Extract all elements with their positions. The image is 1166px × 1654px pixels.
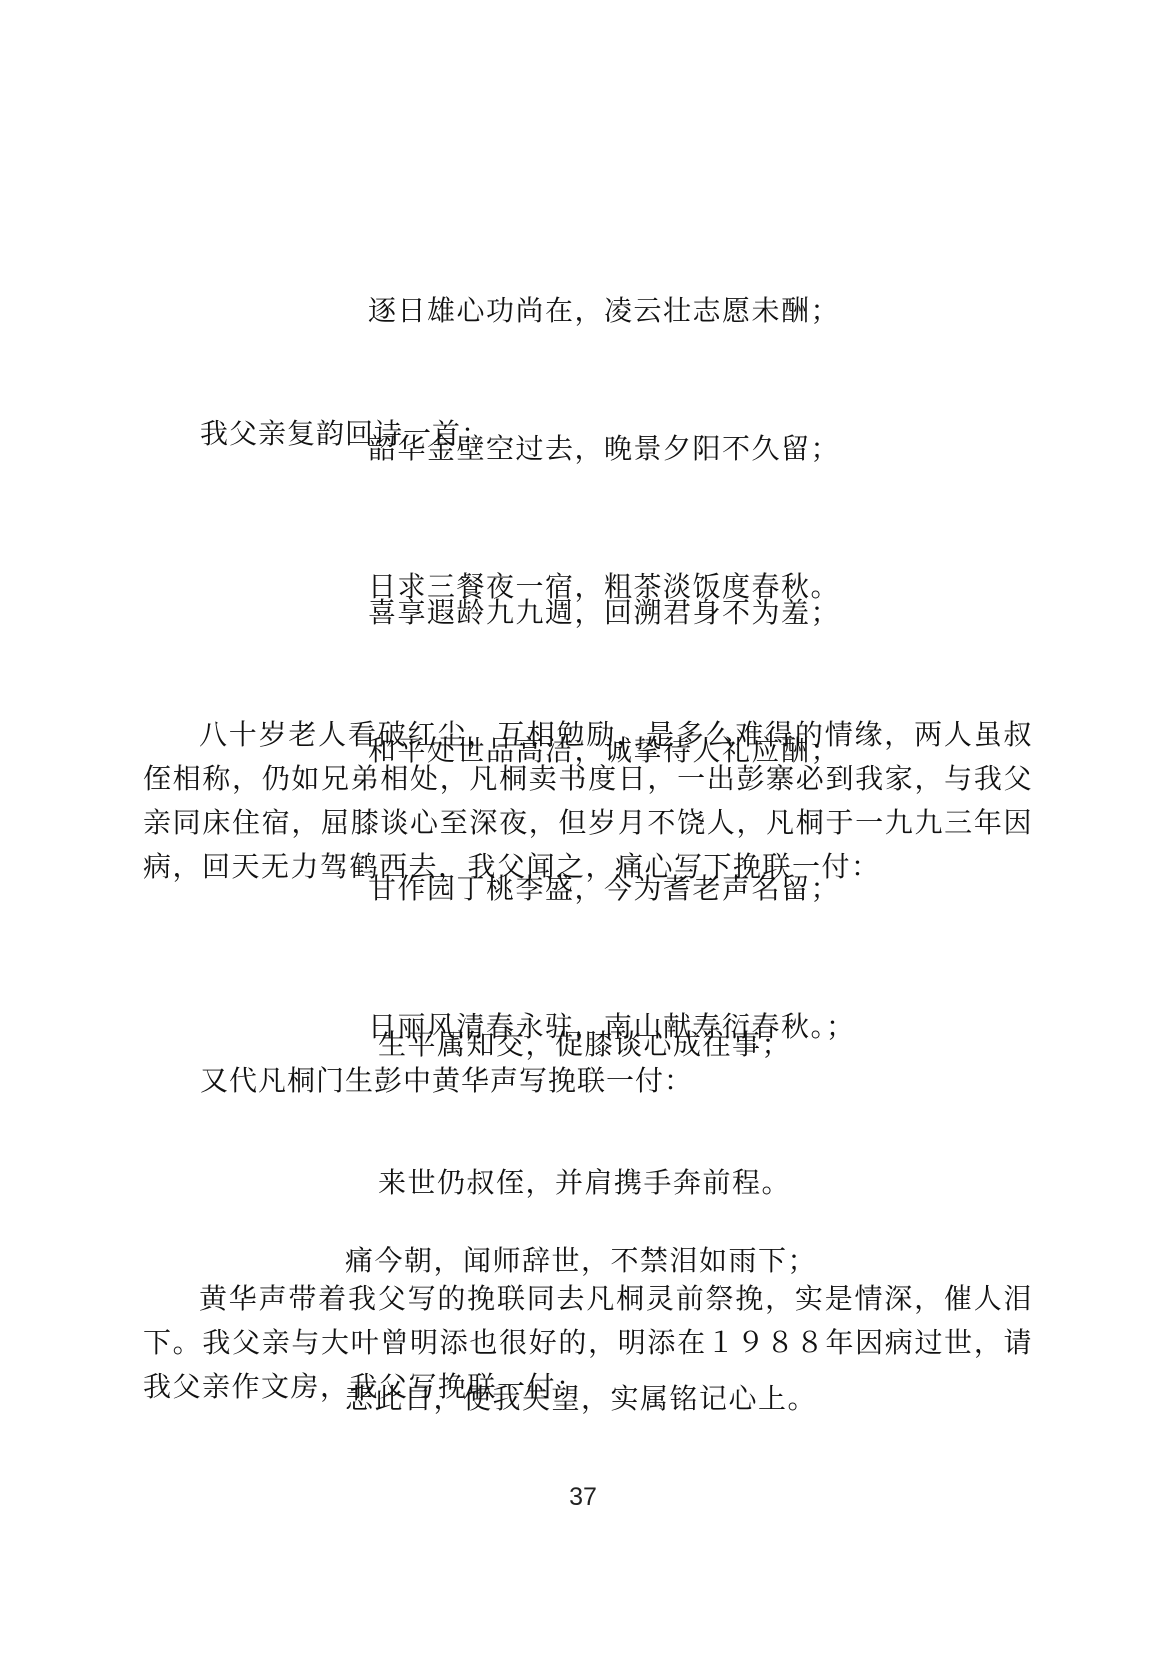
lead-reply-poem: 我父亲复韵回诗一首：: [200, 412, 490, 458]
poem-line: 喜享遐龄九九週，回溯君身不为羞；: [368, 591, 856, 637]
lead-second-couplet: 又代凡桐门生彭中黄华声写挽联一付：: [200, 1059, 693, 1105]
paragraph-huanghuasheng: 黄华声带着我父写的挽联同去凡桐灵前祭挽，实是情深，催人泪下。我父亲与大叶曾明添也…: [143, 1278, 1033, 1410]
document-page: 逐日雄心功尚在，凌云壮志愿未酬； 韶华金壁空过去，晚景夕阳不久留； 日求三餐夜一…: [0, 0, 1166, 1654]
page-number: 37: [0, 1482, 1166, 1512]
poem-line: 逐日雄心功尚在，凌云壮志愿未酬；: [368, 289, 840, 335]
paragraph-friendship: 八十岁老人看破红尘，互相勉励，是多么难得的情缘，两人虽叔侄相称，仍如兄弟相处，凡…: [143, 714, 1033, 890]
